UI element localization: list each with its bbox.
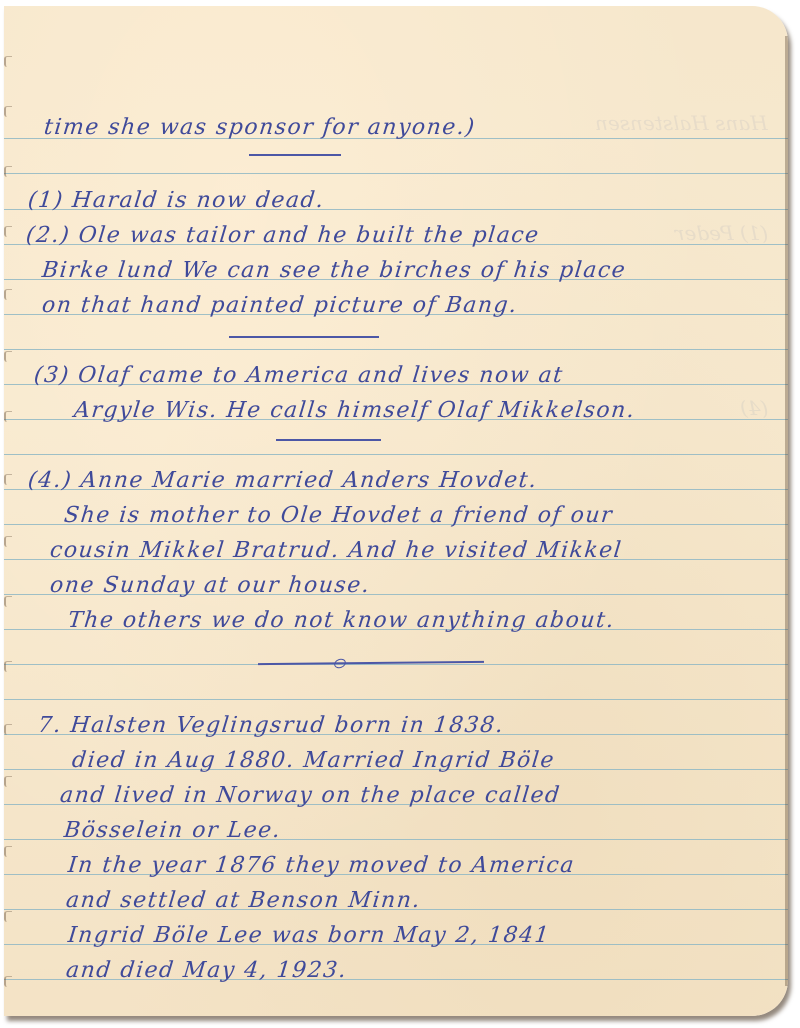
handwritten-line: 7. Halsten Veglingsrud born in 1838. — [37, 713, 506, 739]
binding-hole — [4, 474, 12, 485]
binding-hole — [4, 351, 12, 362]
ruled-line — [4, 664, 788, 665]
handwritten-line: Birke lund We can see the birches of his… — [41, 258, 628, 284]
handwritten-line: (4.) Anne Marie married Anders Hovdet. — [27, 468, 539, 494]
handwritten-line: (1) Harald is now dead. — [27, 188, 326, 214]
binding-hole — [4, 776, 12, 787]
binding-hole — [4, 596, 12, 607]
binding-hole — [4, 724, 12, 735]
ruled-line — [4, 454, 788, 455]
underline-hand-painted — [229, 336, 379, 338]
binding-hole — [4, 976, 12, 987]
ruled-line — [4, 349, 788, 350]
binding-hole — [4, 536, 12, 547]
handwritten-line: Ingrid Böle Lee was born May 2, 1841 — [67, 923, 552, 949]
handwritten-line: In the year 1876 they moved to America — [67, 853, 577, 879]
handwritten-line: and lived in Norway on the place called — [59, 783, 562, 809]
bleed-through-text: Hans Halstensen — [595, 111, 768, 135]
handwritten-line: time she was sponsor for anyone.) — [43, 115, 477, 141]
binding-hole — [4, 226, 12, 237]
underline-sponsor — [249, 154, 341, 156]
bleed-through-text: (1) Peder — [675, 221, 768, 245]
underline-he-calls — [276, 439, 381, 441]
section-divider-mark — [333, 657, 347, 670]
handwritten-line: and died May 4, 1923. — [65, 958, 349, 984]
ruled-line — [4, 699, 788, 700]
handwritten-line: (2.) Ole was tailor and he built the pla… — [25, 223, 541, 249]
binding-hole — [4, 846, 12, 857]
binding-hole — [4, 106, 12, 117]
handwritten-line: (3) Olaf came to America and lives now a… — [33, 363, 565, 389]
binding-hole — [4, 166, 12, 177]
binding-hole — [4, 289, 12, 300]
binding-hole — [4, 411, 12, 422]
handwritten-line: She is mother to Ole Hovdet a friend of … — [63, 503, 615, 529]
bleed-through-text: (4) — [740, 396, 768, 420]
handwritten-line: one Sunday at our house. — [49, 573, 372, 599]
binding-hole — [4, 911, 12, 922]
notebook-page: Hans Halstensen (1) Peder (4) time she w… — [4, 6, 788, 1016]
handwritten-line: and settled at Benson Minn. — [65, 888, 423, 914]
handwritten-line: cousin Mikkel Bratrud. And he visited Mi… — [49, 538, 624, 564]
handwritten-line: The others we do not know anything about… — [67, 608, 617, 634]
binding-hole — [4, 661, 12, 672]
binding-hole — [4, 56, 12, 67]
handwritten-line: Argyle Wis. He calls himself Olaf Mikkel… — [73, 398, 637, 424]
ruled-line — [4, 173, 788, 174]
handwritten-line: Bösselein or Lee. — [63, 818, 283, 844]
handwritten-line: on that hand painted picture of Bang. — [41, 293, 519, 319]
handwritten-line: died in Aug 1880. Married Ingrid Böle — [71, 748, 557, 774]
